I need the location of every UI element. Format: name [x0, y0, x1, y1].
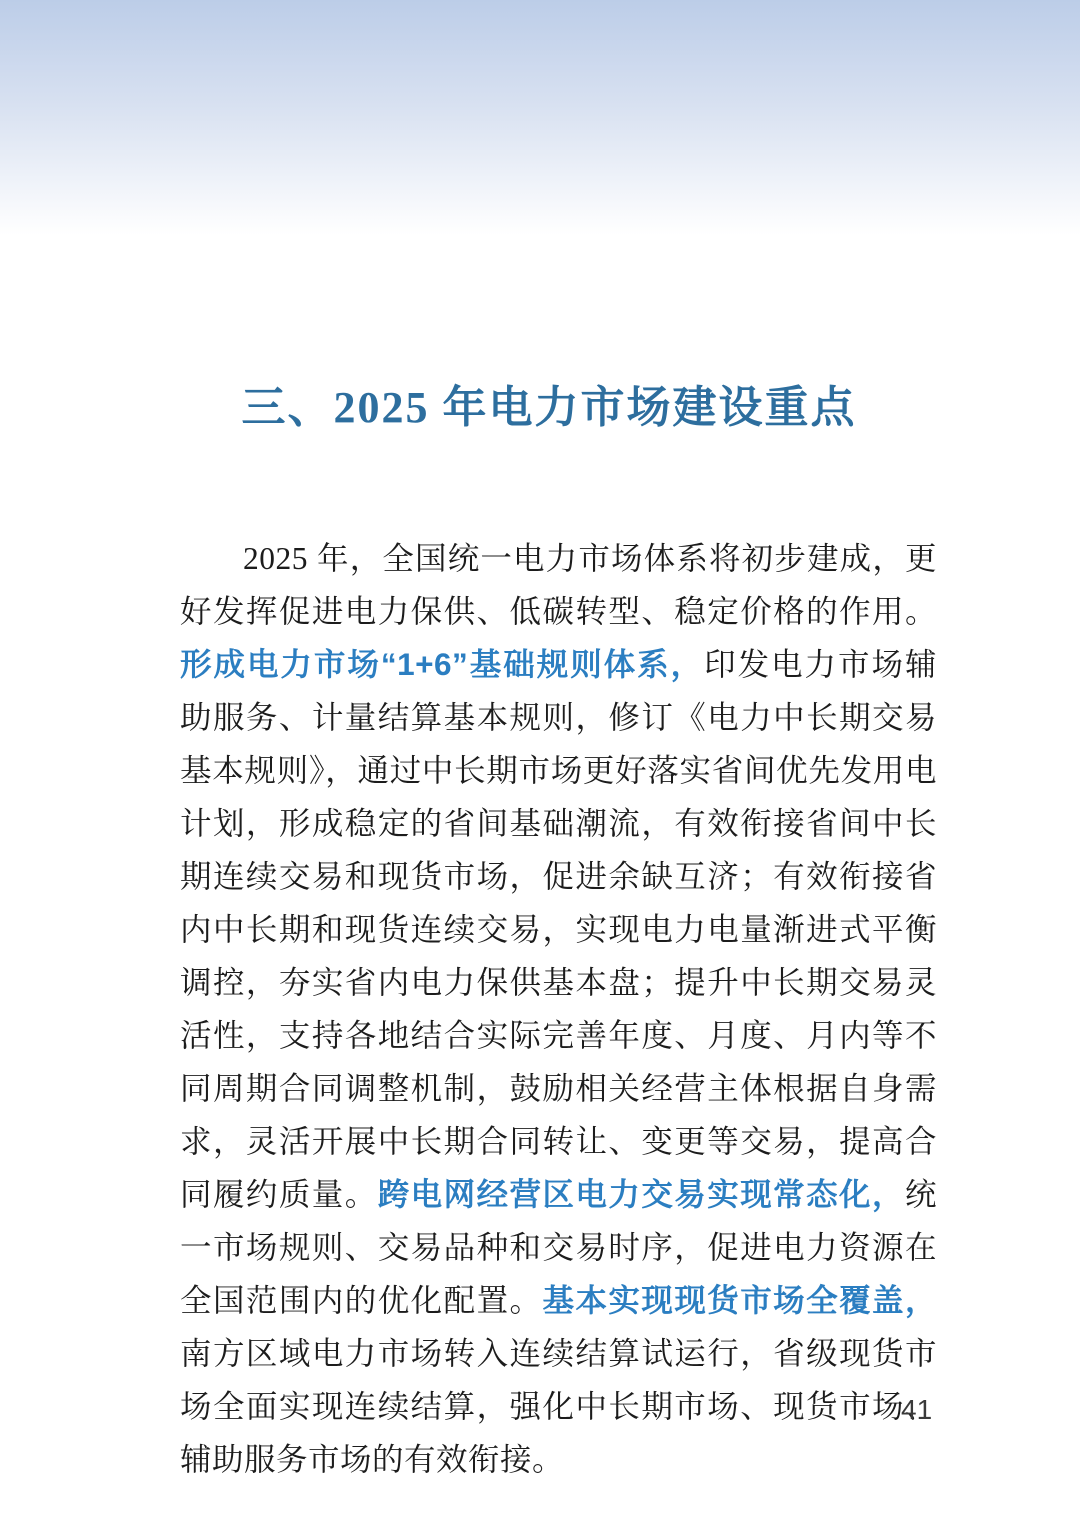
body-paragraph: 2025 年，全国统一电力市场体系将初步建成，更好发挥促进电力保供、低碳转型、稳… [180, 532, 937, 1486]
emphasis-text-segment: 基本实现现货市场全覆盖， [543, 1282, 938, 1318]
page-number: 41 [901, 1394, 932, 1426]
page-header-gradient [0, 0, 1080, 235]
section-title: 三、2025 年电力市场建设重点 [0, 371, 1080, 435]
text-segment: 南方区域电力市场转入连续结算试运行，省级现货市场全面实现连续结算，强化中长期市场… [180, 1336, 937, 1477]
emphasis-text-segment: 形成电力市场“1+6”基础规则体系， [180, 646, 704, 682]
text-segment: 2025 年，全国统一电力市场体系将初步建成，更好发挥促进电力保供、低碳转型、稳… [180, 541, 937, 629]
emphasis-text-segment: 跨电网经营区电力交易实现常态化， [378, 1176, 905, 1212]
document-page: 三、2025 年电力市场建设重点 2025 年，全国统一电力市场体系将初步建成，… [0, 0, 1080, 1517]
text-segment: 印发电力市场辅助服务、计量结算基本规则，修订《电力中长期交易基本规则》，通过中长… [180, 647, 937, 1212]
